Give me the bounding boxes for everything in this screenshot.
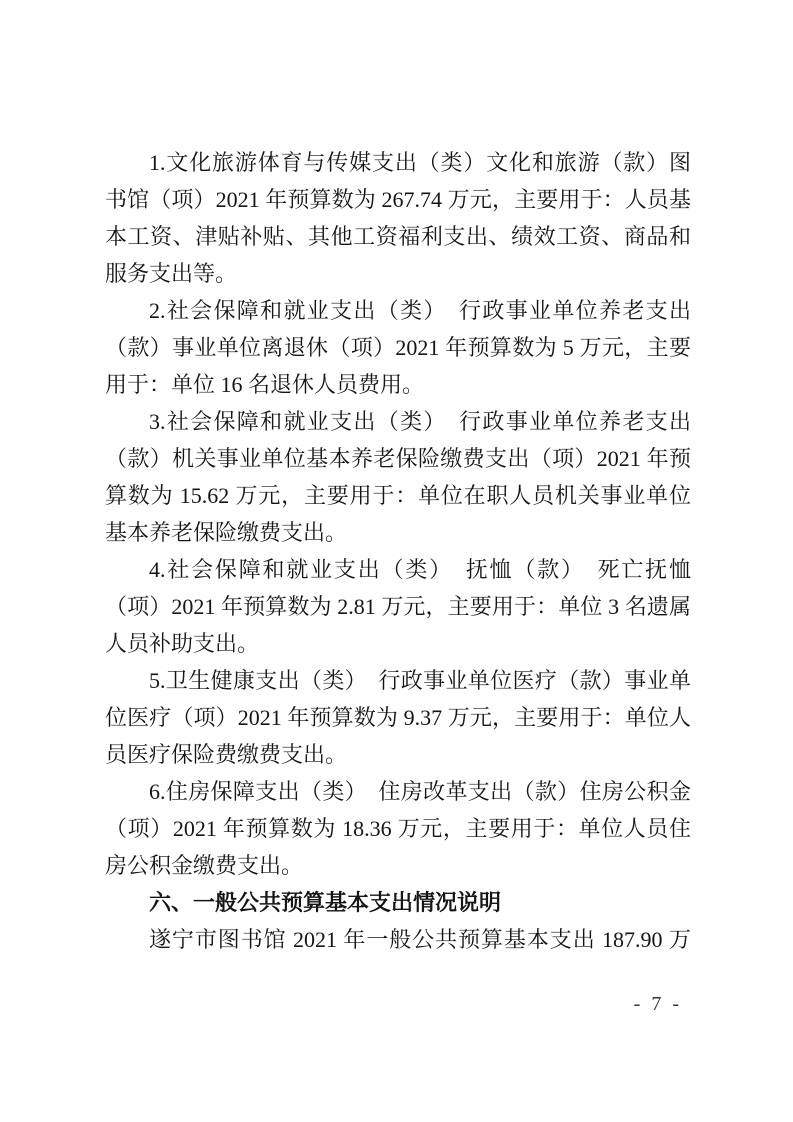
budget-paragraph-1: 1.文化旅游体育与传媒支出（类）文化和旅游（款）图书馆（项）2021 年预算数为… bbox=[105, 144, 691, 292]
budget-paragraph-5: 5.卫生健康支出（类） 行政事业单位医疗（款）事业单位医疗（项）2021 年预算… bbox=[105, 662, 691, 773]
budget-paragraph-3: 3.社会保障和就业支出（类） 行政事业单位养老支出（款）机关事业单位基本养老保险… bbox=[105, 403, 691, 551]
section-heading: 六、一般公共预算基本支出情况说明 bbox=[105, 884, 691, 921]
budget-paragraph-4: 4.社会保障和就业支出（类） 抚恤（款） 死亡抚恤（项）2021 年预算数为 2… bbox=[105, 551, 691, 662]
page-number: - 7 - bbox=[634, 992, 682, 1016]
continuing-paragraph: 遂宁市图书馆 2021 年一般公共预算基本支出 187.90 万 bbox=[105, 921, 691, 958]
document-body: 1.文化旅游体育与传媒支出（类）文化和旅游（款）图书馆（项）2021 年预算数为… bbox=[105, 144, 691, 958]
document-page: 1.文化旅游体育与传媒支出（类）文化和旅游（款）图书馆（项）2021 年预算数为… bbox=[0, 0, 793, 1122]
budget-paragraph-6: 6.住房保障支出（类） 住房改革支出（款）住房公积金（项）2021 年预算数为 … bbox=[105, 773, 691, 884]
budget-paragraph-2: 2.社会保障和就业支出（类） 行政事业单位养老支出（款）事业单位离退休（项）20… bbox=[105, 292, 691, 403]
